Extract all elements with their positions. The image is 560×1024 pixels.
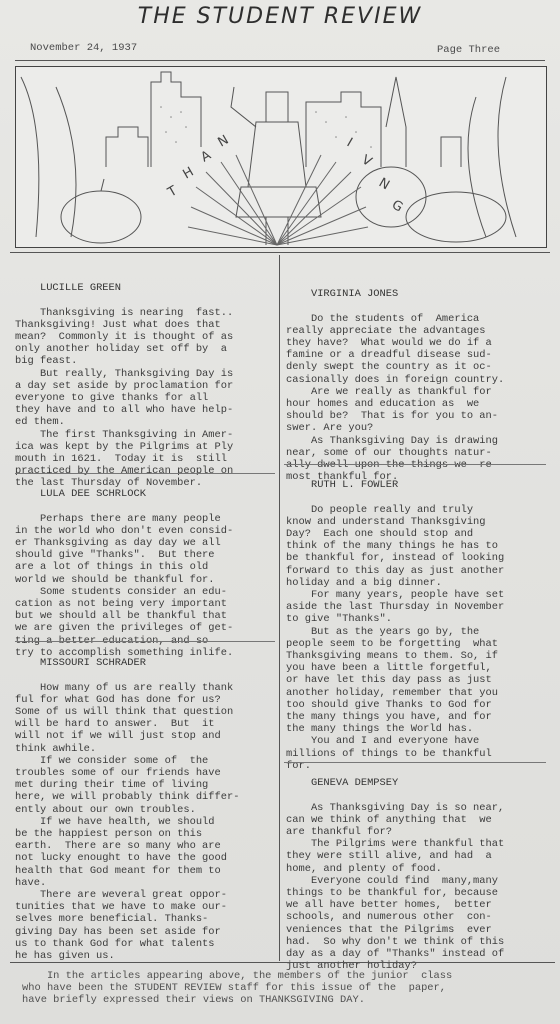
article-body: Thanksgiving is nearing fast..Thanksgivi… bbox=[15, 307, 233, 490]
article-line: only another holiday set off by a bbox=[15, 343, 233, 355]
svg-text:H: H bbox=[181, 165, 197, 183]
svg-text:N: N bbox=[216, 133, 232, 151]
article-line: they have and to all who have help- bbox=[15, 404, 233, 416]
article-byline: VIRGINIA JONES bbox=[311, 288, 398, 300]
article-line: the many things the World has. bbox=[286, 723, 504, 735]
article-line: schools, and numerous other con- bbox=[286, 911, 504, 923]
article-line: veniences that the Pilgrims ever bbox=[286, 924, 504, 936]
article-line: you have been a little forgetful, bbox=[286, 662, 504, 674]
article-line: Thanksgiving means to them. So, if bbox=[286, 650, 504, 662]
article-separator bbox=[15, 641, 275, 642]
thanksgiving-illustration: T H A N I V N G bbox=[15, 66, 547, 248]
article-line: us to thank God for what talents bbox=[15, 938, 239, 950]
article-line: holiday and a big dinner. bbox=[286, 577, 504, 589]
column-divider bbox=[279, 255, 280, 961]
article-line: casionally does in foreign country. bbox=[286, 374, 504, 386]
svg-text:V: V bbox=[359, 152, 374, 169]
article-line: mean? Commonly it is thought of as bbox=[15, 331, 233, 343]
article-line: know and understand Thanksgiving bbox=[286, 516, 504, 528]
article-line: world we should be thankful for. bbox=[15, 574, 233, 586]
svg-text:A: A bbox=[199, 148, 214, 165]
article-line: Day? Each one should stop and bbox=[286, 528, 504, 540]
svg-text:I: I bbox=[344, 135, 355, 150]
article-separator bbox=[284, 464, 546, 465]
article-line: not lucky enought to have the good bbox=[15, 852, 239, 864]
article-line: in the world who don't even consid- bbox=[15, 525, 233, 537]
article-line: ful for what God has done for us? bbox=[15, 694, 239, 706]
article-line: troubles some of our friends have bbox=[15, 767, 239, 779]
article-line: Do people really and truly bbox=[286, 504, 504, 516]
article-line: Are we really as thankful for bbox=[286, 386, 504, 398]
article-byline: RUTH L. FOWLER bbox=[311, 479, 398, 491]
article-line: giving Day has been set aside for bbox=[15, 926, 239, 938]
article-line: There are weveral great oppor- bbox=[15, 889, 239, 901]
article-line: cation as not being very important bbox=[15, 598, 233, 610]
article-line: er Thanksgiving as day day we all bbox=[15, 537, 233, 549]
svg-text:T: T bbox=[165, 183, 180, 200]
article-body: Do the students of Americareally appreci… bbox=[286, 313, 504, 484]
article-line: denly swept the country as it oc- bbox=[286, 361, 504, 373]
article-line: have. bbox=[15, 877, 239, 889]
article-separator bbox=[15, 473, 275, 474]
page-number: Page Three bbox=[437, 44, 500, 56]
footer-rule bbox=[10, 962, 555, 963]
article-line: met during their time of living bbox=[15, 779, 239, 791]
article-line: they were still alive, and had a bbox=[286, 850, 504, 862]
article-line: selves more beneficial. Thanks- bbox=[15, 913, 239, 925]
article-line: hour homes and education as we bbox=[286, 398, 504, 410]
article-ruth-fowler: RUTH L. FOWLER Do people really and trul… bbox=[286, 467, 504, 796]
article-line: swer. Are you? bbox=[286, 422, 504, 434]
article-line: we all have better homes, better bbox=[286, 899, 504, 911]
article-line: near, some of our thoughts natur- bbox=[286, 447, 504, 459]
article-line: be the happiest person on this bbox=[15, 828, 239, 840]
article-line: think awhile. bbox=[15, 743, 239, 755]
article-line: too should give Thanks to God for bbox=[286, 699, 504, 711]
masthead-title: THE STUDENT REVIEW bbox=[0, 4, 560, 29]
article-line: As Thanksgiving Day is so near, bbox=[286, 802, 504, 814]
article-body: Do people really and trulyknow and under… bbox=[286, 504, 504, 772]
article-line: are a lot of things in this old bbox=[15, 561, 233, 573]
article-line: Some of us will think that question bbox=[15, 706, 239, 718]
article-line: will not if we will just stop and bbox=[15, 730, 239, 742]
article-line: here, we will probably think differ- bbox=[15, 791, 239, 803]
article-byline: GENEVA DEMPSEY bbox=[311, 777, 398, 789]
article-line: Thanksgiving! Just what does that bbox=[15, 319, 233, 331]
article-line: The Pilgrims were thankful that bbox=[286, 838, 504, 850]
article-line: The first Thanksgiving in Amer- bbox=[15, 429, 233, 441]
footer-line: who have been the STUDENT REVIEW staff f… bbox=[22, 982, 452, 994]
article-line: the many things you have, and for bbox=[286, 711, 504, 723]
header-rule bbox=[15, 60, 545, 61]
article-line: day as a day of "Thanks" instead of bbox=[286, 948, 504, 960]
article-line: to give "Thanks". bbox=[286, 613, 504, 625]
article-line: or have let this day pass as just bbox=[286, 674, 504, 686]
article-line: If we have health, we should bbox=[15, 816, 239, 828]
illustration-drawing: T H A N I V N G bbox=[16, 67, 546, 247]
article-line: things to be thankful for, because bbox=[286, 887, 504, 899]
article-line: Thanksgiving is nearing fast.. bbox=[15, 307, 233, 319]
article-line: another holiday, remember that you bbox=[286, 687, 504, 699]
article-line: are thankful for? bbox=[286, 826, 504, 838]
svg-text:G: G bbox=[389, 197, 405, 215]
article-line: should be? That is for you to an- bbox=[286, 410, 504, 422]
article-byline: LUCILLE GREEN bbox=[40, 282, 121, 294]
newspaper-page: THE STUDENT REVIEW November 24, 1937 Pag… bbox=[0, 0, 560, 1024]
article-line: aside the last Thursday in November bbox=[286, 601, 504, 613]
article-line: be thankful for, instead of looking bbox=[286, 552, 504, 564]
article-line: will be hard to answer. But it bbox=[15, 718, 239, 730]
article-line: health that God meant for them to bbox=[15, 865, 239, 877]
footer-line: In the articles appearing above, the mem… bbox=[22, 970, 452, 982]
article-line: a day set aside by proclamation for bbox=[15, 380, 233, 392]
article-line: had. So why don't we think of this bbox=[286, 936, 504, 948]
article-line: but we should all be thankful that bbox=[15, 610, 233, 622]
article-line: famine or a dreadful disease sud- bbox=[286, 349, 504, 361]
article-line: everyone to give thanks for all bbox=[15, 392, 233, 404]
article-line: millions of things to be thankful bbox=[286, 748, 504, 760]
article-line: But as the years go by, the bbox=[286, 626, 504, 638]
article-separator bbox=[284, 762, 546, 763]
article-line: ed them. bbox=[15, 416, 233, 428]
article-line: mouth in 1621. Today it is still bbox=[15, 453, 233, 465]
article-line: Do the students of America bbox=[286, 313, 504, 325]
banner-rule bbox=[10, 252, 550, 253]
article-body: As Thanksgiving Day is so near,can we th… bbox=[286, 802, 504, 973]
article-line: You and I and everyone have bbox=[286, 735, 504, 747]
article-line: For many years, people have set bbox=[286, 589, 504, 601]
editorial-note: In the articles appearing above, the mem… bbox=[22, 970, 452, 1007]
article-line: Everyone could find many,many bbox=[286, 875, 504, 887]
article-line: people seem to be forgetting what bbox=[286, 638, 504, 650]
article-line: they have? What would we do if a bbox=[286, 337, 504, 349]
article-line: As Thanksgiving Day is drawing bbox=[286, 435, 504, 447]
issue-date: November 24, 1937 bbox=[30, 42, 137, 54]
article-line: should give "Thanks". But there bbox=[15, 549, 233, 561]
article-line: big feast. bbox=[15, 355, 233, 367]
article-byline: MISSOURI SCHRADER bbox=[40, 657, 146, 669]
article-line: tunities that we have to make our- bbox=[15, 901, 239, 913]
article-line: we are given the privileges of get- bbox=[15, 622, 233, 634]
article-line: home, and plenty of food. bbox=[286, 863, 504, 875]
article-line: How many of us are really thank bbox=[15, 682, 239, 694]
article-line: he has given us. bbox=[15, 950, 239, 962]
article-line: forward to this day as just another bbox=[286, 565, 504, 577]
article-line: can we think of anything that we bbox=[286, 814, 504, 826]
article-line: ica was kept by the Pilgrims at Ply bbox=[15, 441, 233, 453]
article-line: think of the many things he has to bbox=[286, 540, 504, 552]
article-line: really appreciate the advantages bbox=[286, 325, 504, 337]
article-line: Some students consider an edu- bbox=[15, 586, 233, 598]
article-line: ently about our own troubles. bbox=[15, 804, 239, 816]
article-body: Perhaps there are many peoplein the worl… bbox=[15, 513, 233, 659]
article-missouri-schrader: MISSOURI SCHRADER How many of us are rea… bbox=[15, 645, 239, 987]
article-line: earth. There are so many who are bbox=[15, 840, 239, 852]
article-line: Perhaps there are many people bbox=[15, 513, 233, 525]
article-line: But really, Thanksgiving Day is bbox=[15, 368, 233, 380]
svg-text:N: N bbox=[376, 175, 392, 193]
article-byline: LULA DEE SCHRLOCK bbox=[40, 488, 146, 500]
article-body: How many of us are really thankful for w… bbox=[15, 682, 239, 963]
footer-line: have briefly expressed their views on TH… bbox=[22, 994, 452, 1006]
article-line: If we consider some of the bbox=[15, 755, 239, 767]
